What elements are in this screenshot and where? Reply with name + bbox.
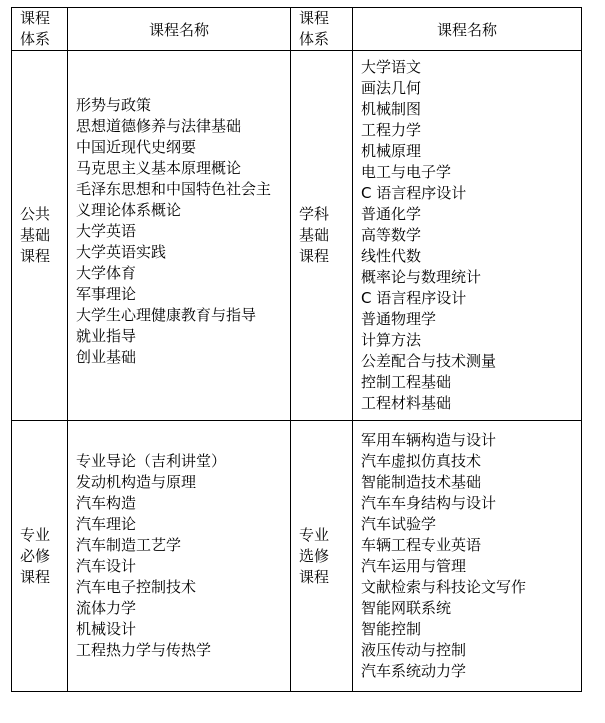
list-item: 线性代数: [361, 246, 581, 267]
category-line: 学科: [299, 204, 352, 225]
list-item: 智能制造技术基础: [361, 472, 581, 493]
list-item: 普通物理学: [361, 309, 581, 330]
category-line: 课程: [299, 246, 352, 267]
category-discipline-basic: 学科 基础 课程: [291, 51, 353, 421]
category-line: 专业: [299, 525, 352, 546]
list-item: 公差配合与技术测量: [361, 351, 581, 372]
header-line: 体系: [20, 29, 67, 50]
list-item: 创业基础: [76, 347, 290, 368]
list-item: 汽车试验学: [361, 514, 581, 535]
course-list-public-basic: 形势与政策 思想道德修养与法律基础 中国近现代史纲要 马克思主义基本原理概论 毛…: [68, 51, 291, 421]
header-course-system-left: 课程 体系: [12, 8, 68, 51]
list-item: 画法几何: [361, 78, 581, 99]
header-course-system-right: 课程 体系: [291, 8, 353, 51]
list-item: 机械设计: [76, 619, 290, 640]
category-line: 必修: [20, 546, 67, 567]
list-item: 工程力学: [361, 120, 581, 141]
list-item: 概率论与数理统计: [361, 267, 581, 288]
list-item: 智能网联系统: [361, 598, 581, 619]
list-item: 大学英语: [76, 221, 290, 242]
list-item: 工程热力学与传热学: [76, 640, 290, 661]
course-list-major-elective: 军用车辆构造与设计 汽车虚拟仿真技术 智能制造技术基础 汽车车身结构与设计 汽车…: [353, 421, 582, 692]
list-item: 大学生心理健康教育与指导: [76, 305, 290, 326]
list-item: C 语言程序设计: [361, 183, 581, 204]
category-major-elective: 专业 选修 课程: [291, 421, 353, 692]
curriculum-table: 课程 体系 课程名称 课程 体系 课程名称 公共 基础 课程 形势与政策 思想道…: [11, 7, 582, 692]
list-item: 机械制图: [361, 99, 581, 120]
list-item: 军用车辆构造与设计: [361, 430, 581, 451]
list-item: 大学语文: [361, 57, 581, 78]
category-line: 基础: [299, 225, 352, 246]
category-line: 选修: [299, 546, 352, 567]
header-course-name-right: 课程名称: [353, 8, 582, 51]
list-item: 机械原理: [361, 141, 581, 162]
list-item: 大学体育: [76, 263, 290, 284]
list-item: 毛泽东思想和中国特色社会主: [76, 179, 290, 200]
category-line: 专业: [20, 525, 67, 546]
list-item: 液压传动与控制: [361, 640, 581, 661]
list-item: 汽车车身结构与设计: [361, 493, 581, 514]
list-item: 义理论体系概论: [76, 200, 290, 221]
category-line: 课程: [20, 567, 67, 588]
list-item: 流体力学: [76, 598, 290, 619]
list-item: 形势与政策: [76, 95, 290, 116]
list-item: 汽车构造: [76, 493, 290, 514]
list-item: 马克思主义基本原理概论: [76, 158, 290, 179]
list-item: 计算方法: [361, 330, 581, 351]
list-item: 汽车电子控制技术: [76, 577, 290, 598]
list-item: 汽车系统动力学: [361, 661, 581, 682]
list-item: 电工与电子学: [361, 162, 581, 183]
header-line: 课程: [299, 8, 352, 29]
list-item: C 语言程序设计: [361, 288, 581, 309]
list-item: 高等数学: [361, 225, 581, 246]
course-list-major-required: 专业导论（吉利讲堂） 发动机构造与原理 汽车构造 汽车理论 汽车制造工艺学 汽车…: [68, 421, 291, 692]
list-item: 车辆工程专业英语: [361, 535, 581, 556]
header-line: 体系: [299, 29, 352, 50]
list-item: 大学英语实践: [76, 242, 290, 263]
list-item: 控制工程基础: [361, 372, 581, 393]
category-line: 课程: [20, 246, 67, 267]
list-item: 汽车运用与管理: [361, 556, 581, 577]
list-item: 思想道德修养与法律基础: [76, 116, 290, 137]
list-item: 专业导论（吉利讲堂）: [76, 451, 290, 472]
course-list-discipline-basic: 大学语文 画法几何 机械制图 工程力学 机械原理 电工与电子学 C 语言程序设计…: [353, 51, 582, 421]
category-line: 公共: [20, 204, 67, 225]
list-item: 汽车设计: [76, 556, 290, 577]
list-item: 智能控制: [361, 619, 581, 640]
list-item: 军事理论: [76, 284, 290, 305]
category-public-basic: 公共 基础 课程: [12, 51, 68, 421]
list-item: 就业指导: [76, 326, 290, 347]
header-course-name-left: 课程名称: [68, 8, 291, 51]
list-item: 汽车制造工艺学: [76, 535, 290, 556]
category-line: 课程: [299, 567, 352, 588]
header-row: 课程 体系 课程名称 课程 体系 课程名称: [12, 8, 582, 51]
list-item: 汽车虚拟仿真技术: [361, 451, 581, 472]
table-row: 专业 必修 课程 专业导论（吉利讲堂） 发动机构造与原理 汽车构造 汽车理论 汽…: [12, 421, 582, 692]
list-item: 中国近现代史纲要: [76, 137, 290, 158]
list-item: 文献检索与科技论文写作: [361, 577, 581, 598]
category-line: 基础: [20, 225, 67, 246]
list-item: 汽车理论: [76, 514, 290, 535]
list-item: 普通化学: [361, 204, 581, 225]
table-row: 公共 基础 课程 形势与政策 思想道德修养与法律基础 中国近现代史纲要 马克思主…: [12, 51, 582, 421]
list-item: 发动机构造与原理: [76, 472, 290, 493]
category-major-required: 专业 必修 课程: [12, 421, 68, 692]
header-line: 课程: [20, 8, 67, 29]
list-item: 工程材料基础: [361, 393, 581, 414]
